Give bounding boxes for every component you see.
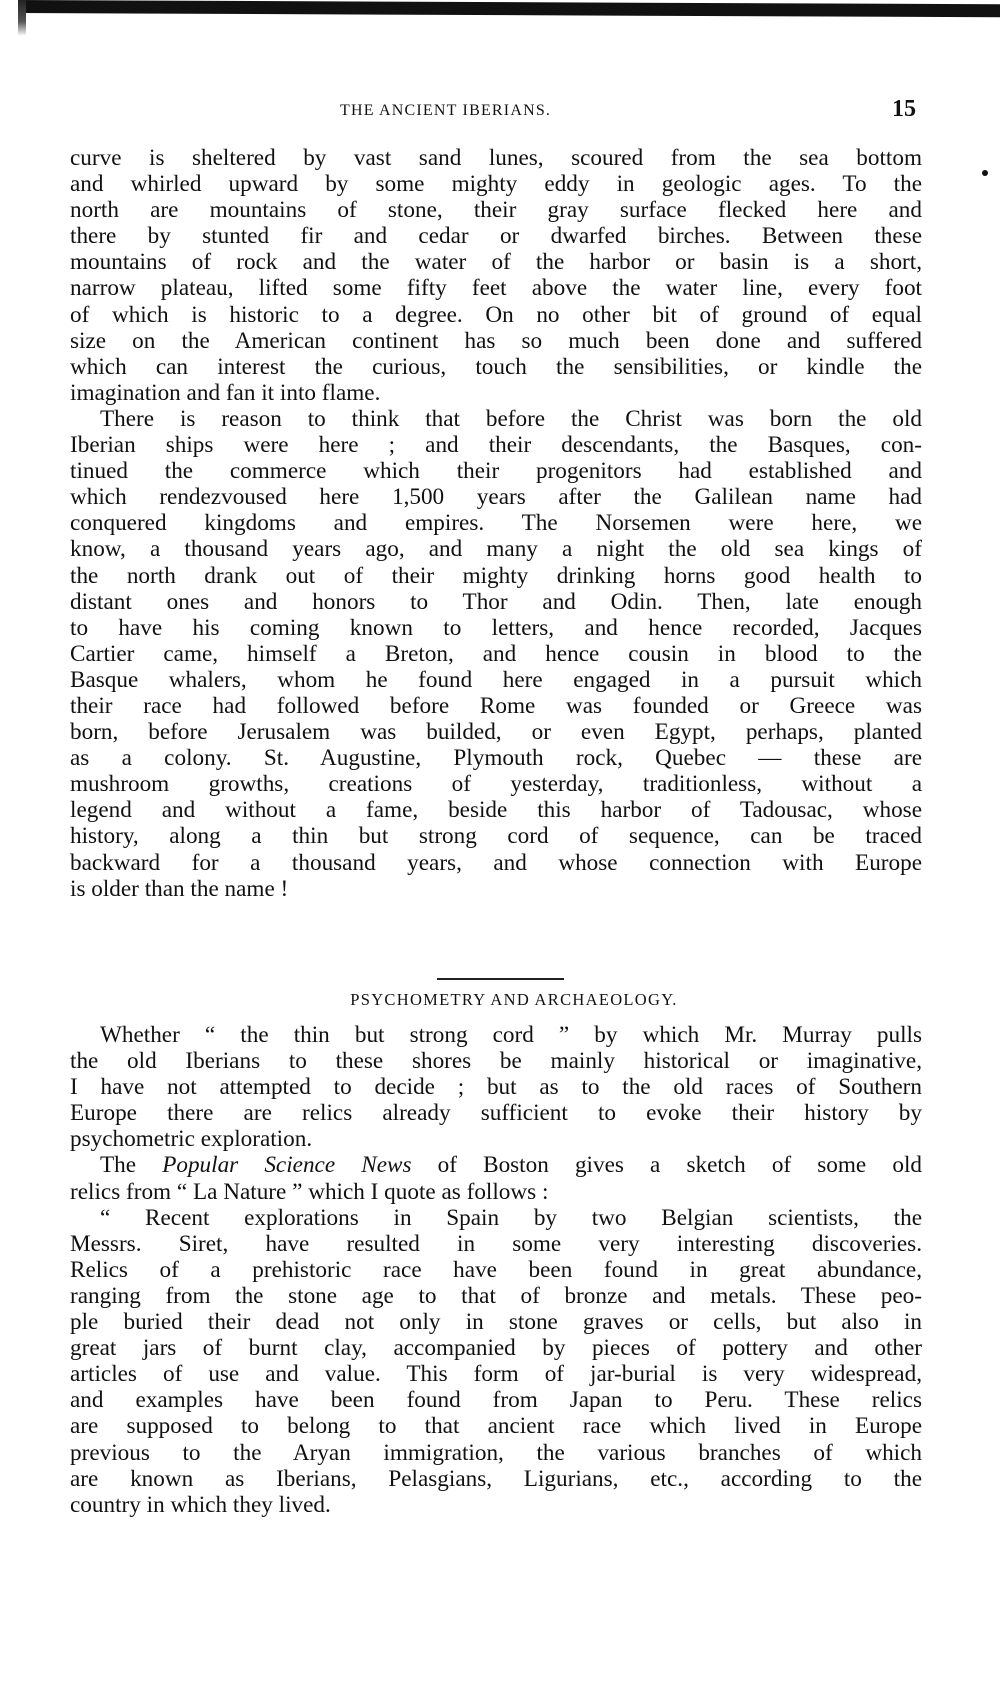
margin-mark bbox=[982, 170, 988, 176]
text-line: articles of use and value. This form of … bbox=[70, 1361, 922, 1387]
text-line: Relics of a prehistoric race have been f… bbox=[70, 1257, 922, 1283]
text-line: born, before Jerusalem was builded, or e… bbox=[70, 719, 922, 745]
text-line: there by stunted fir and cedar or dwarfe… bbox=[70, 223, 922, 249]
text-line: know, a thousand years ago, and many a n… bbox=[70, 536, 922, 562]
text-line: are known as Iberians, Pelasgians, Ligur… bbox=[70, 1466, 922, 1492]
text-line: size on the American continent has so mu… bbox=[70, 328, 922, 354]
text-line: ranging from the stone age to that of br… bbox=[70, 1283, 922, 1309]
page-number: 15 bbox=[892, 96, 916, 123]
text-line: relics from “ La Nature ” which I quote … bbox=[70, 1179, 922, 1205]
paragraph-2: There is reason to think that before the… bbox=[70, 406, 922, 902]
text-line: previous to the Aryan immigration, the v… bbox=[70, 1440, 922, 1466]
section-divider-rule bbox=[437, 978, 564, 980]
text-line: of which is historic to a degree. On no … bbox=[70, 302, 922, 328]
text-line: and examples have been found from Japan … bbox=[70, 1387, 922, 1413]
text-line: north are mountains of stone, their gray… bbox=[70, 197, 922, 223]
text-line: conquered kingdoms and empires. The Nors… bbox=[70, 510, 922, 536]
text-line: Whether “ the thin but strong cord ” by … bbox=[70, 1022, 922, 1048]
text-line: curve is sheltered by vast sand lunes, s… bbox=[70, 145, 922, 171]
text-line: which rendezvoused here 1,500 years afte… bbox=[70, 484, 922, 510]
text-line: the old Iberians to these shores be main… bbox=[70, 1048, 922, 1074]
paragraph-5-quotation: “ Recent explorations in Spain by two Be… bbox=[70, 1205, 922, 1518]
text-line: Cartier came, himself a Breton, and henc… bbox=[70, 641, 922, 667]
section-heading-text: PSYCHOMETRY AND ARCHAEOLOGY. bbox=[350, 990, 678, 1009]
text-line: legend and without a fame, beside this h… bbox=[70, 797, 922, 823]
text-line: Basque whalers, whom he found here engag… bbox=[70, 667, 922, 693]
text-line: I have not attempted to decide ; but as … bbox=[70, 1074, 922, 1100]
text-line: backward for a thousand years, and whose… bbox=[70, 850, 922, 876]
text-line: history, along a thin but strong cord of… bbox=[70, 823, 922, 849]
scan-left-edge bbox=[18, 0, 26, 36]
body-text-section-2: Whether “ the thin but strong cord ” by … bbox=[70, 1022, 922, 1518]
text-fragment: of Boston gives a sketch of some old bbox=[412, 1152, 922, 1178]
text-line: Iberian ships were here ; and their desc… bbox=[70, 432, 922, 458]
text-line: psychometric exploration. bbox=[70, 1126, 922, 1152]
section-heading: PSYCHOMETRY AND ARCHAEOLOGY. bbox=[0, 990, 1000, 1010]
text-line: “ Recent explorations in Spain by two Be… bbox=[70, 1205, 922, 1231]
text-line: the north drank out of their mighty drin… bbox=[70, 563, 922, 589]
text-line: their race had followed before Rome was … bbox=[70, 693, 922, 719]
text-line: narrow plateau, lifted some fifty feet a… bbox=[70, 275, 922, 301]
text-line: imagination and fan it into flame. bbox=[70, 380, 922, 406]
paragraph-4: The Popular Science News of Boston gives… bbox=[70, 1152, 922, 1204]
running-header: THE ANCIENT IBERIANS. 15 bbox=[0, 98, 1000, 128]
text-fragment: The bbox=[100, 1152, 162, 1178]
running-title: THE ANCIENT IBERIANS. bbox=[340, 102, 551, 120]
text-line: tinued the commerce which their progenit… bbox=[70, 458, 922, 484]
publication-title: Popular Science News bbox=[162, 1152, 411, 1178]
text-line: as a colony. St. Augustine, Plymouth roc… bbox=[70, 745, 922, 771]
text-line: great jars of burnt clay, accompanied by… bbox=[70, 1335, 922, 1361]
text-line: distant ones and honors to Thor and Odin… bbox=[70, 589, 922, 615]
text-line: Messrs. Siret, have resulted in some ver… bbox=[70, 1231, 922, 1257]
paragraph-3: Whether “ the thin but strong cord ” by … bbox=[70, 1022, 922, 1152]
paragraph-1: curve is sheltered by vast sand lunes, s… bbox=[70, 145, 922, 406]
body-text-section-1: curve is sheltered by vast sand lunes, s… bbox=[70, 145, 922, 902]
text-line: Europe there are relics already sufficie… bbox=[70, 1100, 922, 1126]
text-line: is older than the name ! bbox=[70, 876, 922, 902]
text-line: which can interest the curious, touch th… bbox=[70, 354, 922, 380]
text-line: mushroom growths, creations of yesterday… bbox=[70, 771, 922, 797]
text-line: and whirled upward by some mighty eddy i… bbox=[70, 171, 922, 197]
text-line: There is reason to think that before the… bbox=[70, 406, 922, 432]
text-line: ple buried their dead not only in stone … bbox=[70, 1309, 922, 1335]
text-line: mountains of rock and the water of the h… bbox=[70, 249, 922, 275]
text-line: The Popular Science News of Boston gives… bbox=[70, 1152, 922, 1178]
text-line: country in which they lived. bbox=[70, 1492, 922, 1518]
text-line: to have his coming known to letters, and… bbox=[70, 615, 922, 641]
text-line: are supposed to belong to that ancient r… bbox=[70, 1413, 922, 1439]
scan-top-edge bbox=[18, 0, 1000, 17]
